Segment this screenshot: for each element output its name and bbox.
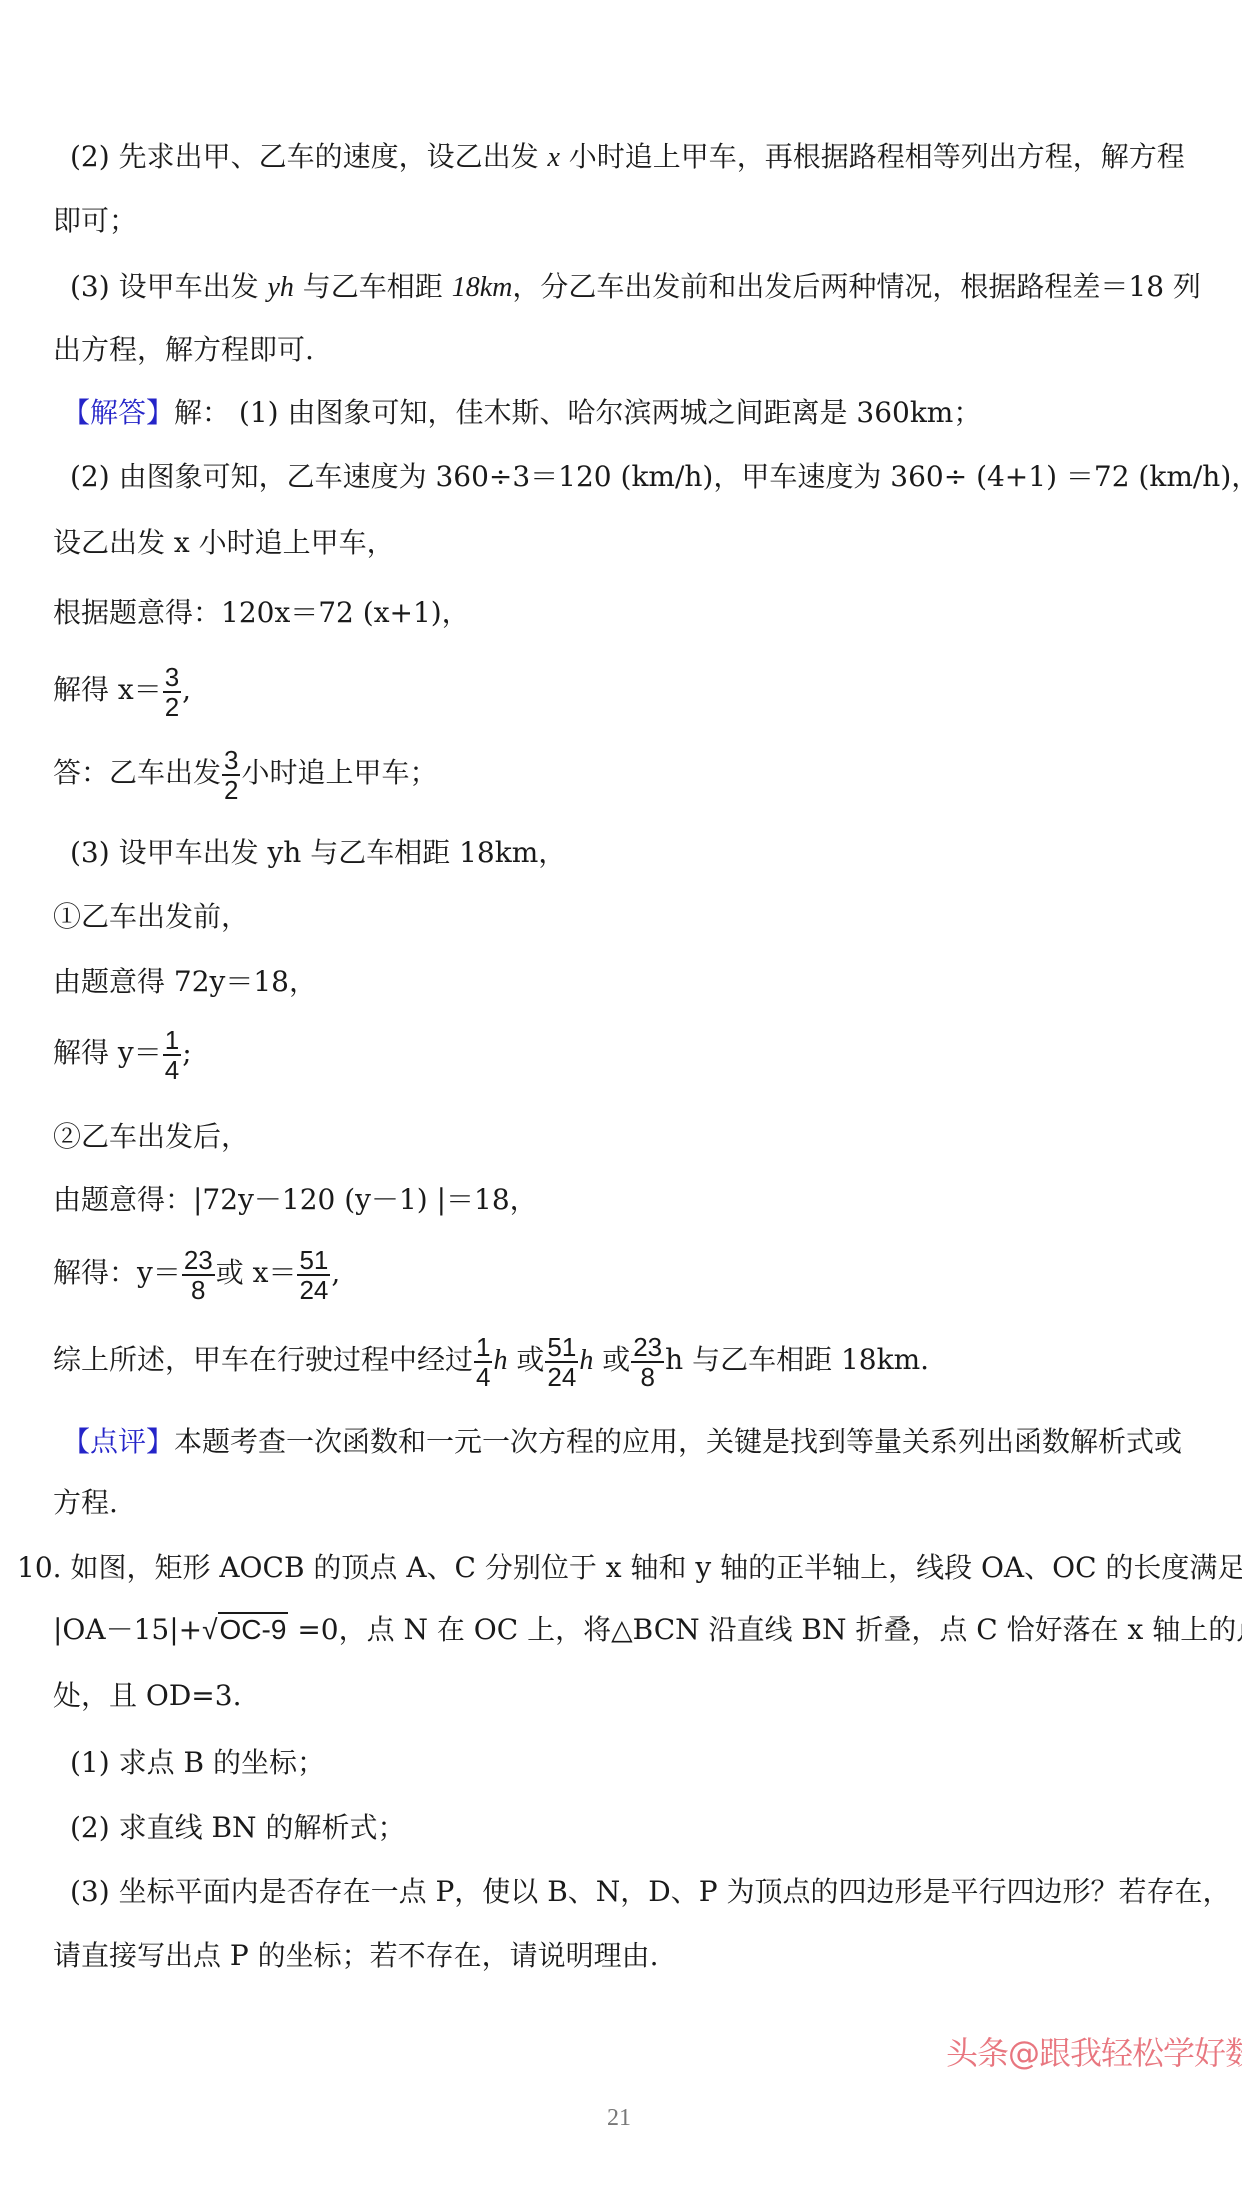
question10-q3-line1: (3) 坐标平面内是否存在一点 P，使以 B、N，D、P 为顶点的四边形是平行四… bbox=[70, 1872, 1230, 1912]
fraction: 14 bbox=[474, 1333, 492, 1391]
solution-case2-solve: 解得：y＝238或 x＝5124, bbox=[53, 1241, 340, 1305]
question10-line3: 处，且 OD=3. bbox=[53, 1676, 241, 1716]
question-number: 10. bbox=[17, 1551, 62, 1584]
fraction: 238 bbox=[631, 1333, 664, 1391]
question10-q1: (1) 求点 B 的坐标； bbox=[70, 1743, 325, 1783]
watermark: 头条@跟我轻松学好数学 bbox=[946, 2028, 1242, 2074]
question10-q2: (2) 求直线 BN 的解析式； bbox=[70, 1808, 405, 1848]
comment-line1: 【点评】本题考查一次函数和一元一次方程的应用，关键是找到等量关系列出函数解析式或 bbox=[62, 1422, 1182, 1462]
solution-part2-line3: 根据题意得：120x＝72 (x+1)， bbox=[53, 593, 470, 633]
fraction: 32 bbox=[163, 663, 181, 721]
question10-line2: |OA－15|+√OC-9 =0，点 N 在 OC 上，将△BCN 沿直线 BN… bbox=[53, 1610, 1242, 1650]
comment-label: 【点评】 bbox=[62, 1425, 174, 1458]
comment-line2: 方程. bbox=[53, 1483, 118, 1523]
solution-case1-eq: 由题意得 72y＝18， bbox=[53, 962, 317, 1002]
sqrt-expression: √OC-9 bbox=[202, 1610, 288, 1650]
solution-label: 【解答】 bbox=[62, 396, 174, 429]
solution-case1-label: ①乙车出发前， bbox=[53, 897, 249, 937]
solution-part1: 【解答】解： (1) 由图象可知，佳木斯、哈尔滨两城之间距离是 360km； bbox=[62, 393, 981, 433]
fraction: 32 bbox=[222, 746, 240, 804]
solution-case1-solve: 解得 y＝14; bbox=[53, 1021, 192, 1085]
page-number: 21 bbox=[607, 2105, 631, 2132]
solution-part2-solve: 解得 x＝32, bbox=[53, 658, 191, 722]
fraction: 5124 bbox=[297, 1246, 330, 1304]
solution-part2-line1: (2) 由图象可知，乙车速度为 360÷3＝120 (km/h)，甲车速度为 3… bbox=[70, 457, 1242, 497]
solution-part2-line2: 设乙出发 x 小时追上甲车， bbox=[53, 523, 395, 563]
analysis-part2-line1: (2) 先求出甲、乙车的速度，设乙出发 x 小时追上甲车，再根据路程相等列出方程… bbox=[70, 137, 1185, 177]
fraction: 5124 bbox=[545, 1333, 578, 1391]
solution-part3-line1: (3) 设甲车出发 yh 与乙车相距 18km， bbox=[70, 833, 566, 873]
solution-case2-eq: 由题意得：|72y－120 (y－1) |＝18， bbox=[53, 1180, 538, 1220]
solution-part2-answer: 答：乙车出发32小时追上甲车； bbox=[53, 741, 438, 805]
analysis-part3-line2: 出方程，解方程即可. bbox=[53, 330, 314, 370]
analysis-part2-line2: 即可； bbox=[53, 201, 137, 241]
fraction: 238 bbox=[182, 1246, 215, 1304]
question10-line1: 10. 如图，矩形 AOCB 的顶点 A、C 分别位于 x 轴和 y 轴的正半轴… bbox=[17, 1548, 1242, 1588]
analysis-part3-line1: (3) 设甲车出发 yh 与乙车相距 18km，分乙车出发前和出发后两种情况，根… bbox=[70, 267, 1201, 307]
question10-q3-line2: 请直接写出点 P 的坐标；若不存在，请说明理由. bbox=[53, 1936, 659, 1976]
solution-summary: 综上所述，甲车在行驶过程中经过14h 或5124h 或238h 与乙车相距 18… bbox=[53, 1328, 929, 1392]
solution-case2-label: ②乙车出发后， bbox=[53, 1117, 249, 1157]
fraction: 14 bbox=[163, 1026, 181, 1084]
